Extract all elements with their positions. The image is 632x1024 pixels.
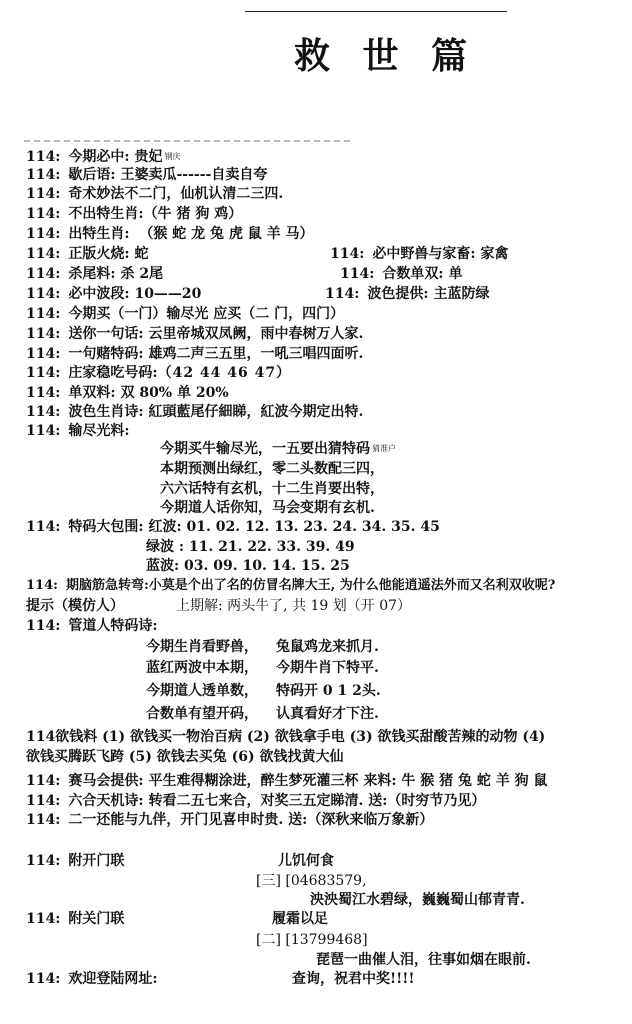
faded-line: [24, 140, 350, 142]
line-label: 赛马会提供:: [68, 773, 143, 789]
line-prefix: 114:: [26, 911, 60, 927]
poem2-line-b: 特码开 0 1 2头.: [276, 682, 381, 700]
red-wave-label: 红波:: [148, 519, 181, 535]
line-saying: 114:歇后语: 王婆卖瓜------自卖自夸: [26, 166, 267, 184]
hint-text: 提示（模仿人）: [26, 598, 124, 614]
line-prefix: 114:: [26, 812, 60, 828]
line-value: 贵妃: [134, 149, 162, 165]
line-text: 欲钱料 (1) 欲钱买一物治百病 (2) 欲钱拿手电 (3) 欲钱买甜酸苦辣的动…: [55, 729, 545, 745]
line-prefix: 114: [26, 729, 55, 745]
poem2-line-a: 合数单有望开码，: [146, 705, 258, 723]
line-special-range: 114:特码大包围: 红波: 01. 02. 12. 13. 23. 24. 3…: [26, 518, 440, 536]
line-label: 杀尾料:: [68, 266, 115, 282]
open-couplet-verse: 泱泱蜀江水碧绿，巍巍蜀山郁青青.: [310, 891, 525, 909]
line-value: 雄鸡二声三五里，一吼三唱四面听.: [148, 346, 363, 362]
line-label: 六合天机诗:: [68, 793, 143, 809]
line-prefix: 114:: [26, 149, 60, 165]
line-value: 主蓝防绿: [433, 286, 489, 302]
line-prefix: 114:: [26, 578, 58, 593]
blue-wave-line: 蓝波: 03. 09. 10. 14. 15. 25: [146, 557, 350, 575]
close-couplet-code: [二] [13799468]: [256, 931, 368, 949]
line-value: 单: [448, 266, 462, 282]
line-value: （牛 猪 狗 鸡）: [144, 206, 243, 222]
line-bet-phrase: 114:一句赌特码: 雄鸡二声三五里，一吼三唱四面听.: [26, 345, 363, 363]
line-value: 紅頭藍尾仔細睇，紅波今期定出特.: [148, 404, 363, 420]
line-prefix: 114:: [325, 286, 359, 302]
line-must-hit: 114:今期必中: 贵妃钢庆: [26, 148, 180, 166]
line-value: （42 44 46 47）: [158, 365, 292, 381]
line-label: 合数单双:: [382, 266, 443, 282]
line-prefix: 114:: [26, 266, 60, 282]
line-value: 转看二五七来合，对奖三五定睇清. 送:（时穷节乃见）: [148, 793, 485, 809]
line-beast: 114:必中野兽与家畜: 家禽: [330, 245, 508, 263]
line-prev-answer: 上期解: 两头牛了, 共 19 划（开 07）: [176, 597, 411, 615]
line-label: 期脑筋急转弯:: [66, 578, 149, 593]
line-label: 必中波段:: [68, 286, 129, 302]
line-prefix: 114:: [26, 773, 60, 789]
line-prefix: 114:: [26, 423, 60, 439]
line-prefix: 114:: [26, 226, 60, 242]
line-open-couplet: 114:附开门联: [26, 852, 124, 870]
line-prefix: 114:: [26, 519, 60, 535]
line-label: 歇后语:: [68, 167, 115, 183]
line-prefix: 114:: [26, 206, 60, 222]
line-lose-all: 114:输尽光料:: [26, 422, 130, 440]
line-label: 输尽光料:: [68, 423, 129, 439]
line-tip: 114:奇术妙法不二门，仙机认清二三四.: [26, 185, 283, 203]
blue-wave-label: 蓝波:: [146, 558, 179, 574]
line-jockey-club: 114:赛马会提供: 平生难得糊涂进，醉生梦死灌三杯 来料: 牛 猴 猪 兔 蛇…: [26, 772, 548, 790]
close-couplet-verse: 琵琶一曲催人泪，往事如烟在眼前.: [316, 951, 531, 969]
open-couplet-riddle: 儿饥何食: [278, 852, 334, 870]
line-prefix: 114:: [26, 286, 60, 302]
line-prefix: 114:: [26, 365, 60, 381]
line-prefix: 114:: [340, 266, 374, 282]
line-label: 附关门联: [68, 911, 124, 927]
line-text: 奇术妙法不二门，仙机认清二三四.: [68, 186, 283, 202]
line-prefix: 114:: [330, 246, 364, 262]
line-prefix: 114:: [26, 167, 60, 183]
line-text: 二一还能与九伴，开门见喜申时贵. 送:（深秋来临万象新）: [68, 812, 433, 828]
poem-line: 今期买牛输尽光，一五要出猜特码猜准户: [160, 440, 396, 458]
line-label: 一句赌特码:: [68, 346, 143, 362]
line-label: 出特生肖:: [68, 226, 129, 242]
line-riddle: 114:期脑筋急转弯:小莫是个出了名的仿冒名牌大王, 为什么他能逍遥法外而又名利…: [26, 577, 555, 595]
line-label: 欢迎登陆网址:: [68, 971, 157, 987]
blue-wave-numbers: 03. 09. 10. 14. 15. 25: [184, 558, 350, 574]
line-want-money: 114欲钱料 (1) 欲钱买一物治百病 (2) 欲钱拿手电 (3) 欲钱买甜酸苦…: [26, 728, 545, 746]
line-buy: 114:今期买（一门）输尽光 应买（二 门，四门）: [26, 305, 344, 323]
line-prefix: 114:: [26, 246, 60, 262]
line-welcome: 114:欢迎登陆网址:: [26, 970, 158, 988]
green-wave-line: 绿波 : 11. 21. 22. 33. 39. 49: [146, 538, 355, 556]
line-label: 送你一句话:: [68, 326, 143, 342]
poem-line: 六六话特有玄机，十二生肖要出特，: [160, 480, 384, 498]
line-label: 正版火烧:: [68, 246, 129, 262]
line-value: 蛇: [134, 246, 148, 262]
line-value: 10——20: [134, 286, 201, 302]
poem-line: 今期道人话你知，马会变期有玄机.: [160, 499, 375, 517]
line-want-money-cont: 欲钱买腾跃飞跨 (5) 欲钱去买兔 (6) 欲钱找黄大仙: [26, 748, 343, 766]
green-wave-label: 绿波 :: [146, 539, 184, 555]
line-label: 单双料:: [68, 385, 115, 401]
line-value: 双 80% 单 20%: [120, 385, 228, 401]
line-text: 今期买（一门）输尽光 应买（二 门，四门）: [68, 306, 344, 322]
line-odd-even-ratio: 114:单双料: 双 80% 单 20%: [26, 384, 229, 402]
poem-text: 今期买牛输尽光，一五要出猜特码: [160, 441, 370, 457]
open-couplet-code: [三] [04683579,: [256, 872, 367, 890]
poem-line: 本期预测出绿红，零二头数配三四，: [160, 460, 384, 478]
line-value: 家禽: [480, 246, 508, 262]
line-not-out-zodiac: 114:不出特生肖:（牛 猪 狗 鸡）: [26, 205, 242, 223]
line-prefix: 114:: [26, 793, 60, 809]
line-label: 附开门联: [68, 853, 124, 869]
line-twenty-one: 114:二一还能与九伴，开门见喜申时贵. 送:（深秋来临万象新）: [26, 811, 433, 829]
line-prefix: 114:: [26, 326, 60, 342]
poem2-line-a: 蓝红两波中本期，: [146, 659, 258, 677]
line-gift-phrase: 114:送你一句话: 云里帝城双凤阙，雨中春树万人家.: [26, 325, 363, 343]
line-pipe-poem: 114:管道人特码诗:: [26, 617, 158, 635]
line-banker-numbers: 114:庄家稳吃号码:（42 44 46 47）: [26, 364, 291, 382]
header-rule: [245, 11, 507, 12]
line-label: 不出特生肖:: [68, 206, 143, 222]
line-prefix: 114:: [26, 971, 60, 987]
line-label: 庄家稳吃号码:: [68, 365, 157, 381]
line-value: 云里帝城双凤阙，雨中春树万人家.: [148, 326, 363, 342]
line-value: （猴 蛇 龙 兔 虎 鼠 羊 马）: [139, 226, 313, 242]
close-couplet-riddle: 履霜以足: [272, 910, 328, 928]
line-label: 波色生肖诗:: [68, 404, 143, 420]
line-fire: 114:正版火烧: 蛇: [26, 245, 148, 263]
line-prefix: 114:: [26, 346, 60, 362]
line-label: 波色提供:: [367, 286, 428, 302]
poem2-line-b: 兔鼠鸡龙来抓月.: [276, 638, 379, 656]
line-value: 王婆卖瓜------自卖自夸: [120, 167, 267, 183]
line-label: 管道人特码诗:: [68, 618, 157, 634]
line-out-zodiac: 114:出特生肖: （猴 蛇 龙 兔 虎 鼠 羊 马）: [26, 225, 313, 243]
line-prefix: 114:: [26, 186, 60, 202]
small-note: 钢庆: [164, 152, 180, 161]
line-wave-color: 114:波色提供: 主蓝防绿: [325, 285, 489, 303]
line-heaven-poem: 114:六合天机诗: 转看二五七来合，对奖三五定睇清. 送:（时穷节乃见）: [26, 792, 485, 810]
line-prefix: 114:: [26, 853, 60, 869]
poem2-line-b: 认真看好才下注.: [276, 705, 379, 723]
line-value: 杀 2尾: [120, 266, 163, 282]
line-hint: 提示（模仿人）: [26, 597, 124, 615]
line-odd-even: 114:合数单双: 单: [340, 265, 462, 283]
line-label: 特码大包围:: [68, 519, 143, 535]
line-prefix: 114:: [26, 306, 60, 322]
line-close-couplet: 114:附关门联: [26, 910, 124, 928]
line-prefix: 114:: [26, 618, 60, 634]
small-note: 猜准户: [372, 444, 396, 453]
line-label: 今期必中:: [68, 149, 129, 165]
poem2-line-b: 今期牛肖下特平.: [276, 659, 379, 677]
poem2-line-a: 今期道人透单数，: [146, 682, 258, 700]
green-wave-numbers: 11. 21. 22. 33. 39. 49: [189, 539, 355, 555]
line-wave-poem: 114:波色生肖诗: 紅頭藍尾仔細睇，紅波今期定出特.: [26, 403, 363, 421]
welcome-message: 查询，祝君中奖!!!!: [292, 970, 415, 988]
line-value: 平生难得糊涂进，醉生梦死灌三杯 来料: 牛 猴 猪 兔 蛇 羊 狗 鼠: [148, 773, 547, 789]
red-wave-numbers: 01. 02. 12. 13. 23. 24. 34. 35. 45: [187, 519, 440, 535]
line-value: 小莫是个出了名的仿冒名牌大王, 为什么他能逍遥法外而又名利双收呢?: [149, 578, 556, 593]
line-prefix: 114:: [26, 404, 60, 420]
page-title: 救 世 篇: [294, 28, 477, 79]
poem2-line-a: 今期生肖看野兽，: [146, 638, 258, 656]
line-prefix: 114:: [26, 385, 60, 401]
line-label: 必中野兽与家畜:: [372, 246, 475, 262]
line-kill-tail: 114:杀尾料: 杀 2尾: [26, 265, 163, 283]
line-wave-range: 114:必中波段: 10——20: [26, 285, 201, 303]
